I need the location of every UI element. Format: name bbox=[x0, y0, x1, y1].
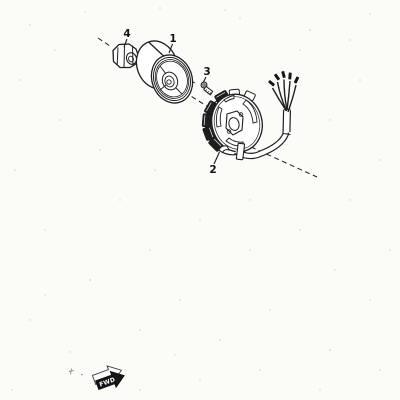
part-label-1: 1 bbox=[169, 33, 176, 45]
wire-clamp-tab bbox=[236, 143, 244, 160]
nut bbox=[113, 44, 139, 68]
fwd-arrow-icon: FWD bbox=[91, 361, 127, 393]
scan-noise bbox=[11, 7, 391, 391]
part-label-3: 3 bbox=[203, 66, 210, 78]
flywheel-rotor bbox=[130, 35, 199, 109]
exploded-parts-drawing: 4 1 3 2 FWD bbox=[0, 0, 400, 400]
stator-assembly bbox=[199, 89, 268, 161]
parts-diagram-canvas: 4 1 3 2 FWD bbox=[0, 0, 400, 400]
part-label-4: 4 bbox=[123, 28, 130, 40]
screw bbox=[201, 82, 213, 95]
wire-leads bbox=[273, 80, 297, 113]
part-label-2: 2 bbox=[209, 164, 216, 176]
scan-artifacts bbox=[69, 369, 83, 376]
